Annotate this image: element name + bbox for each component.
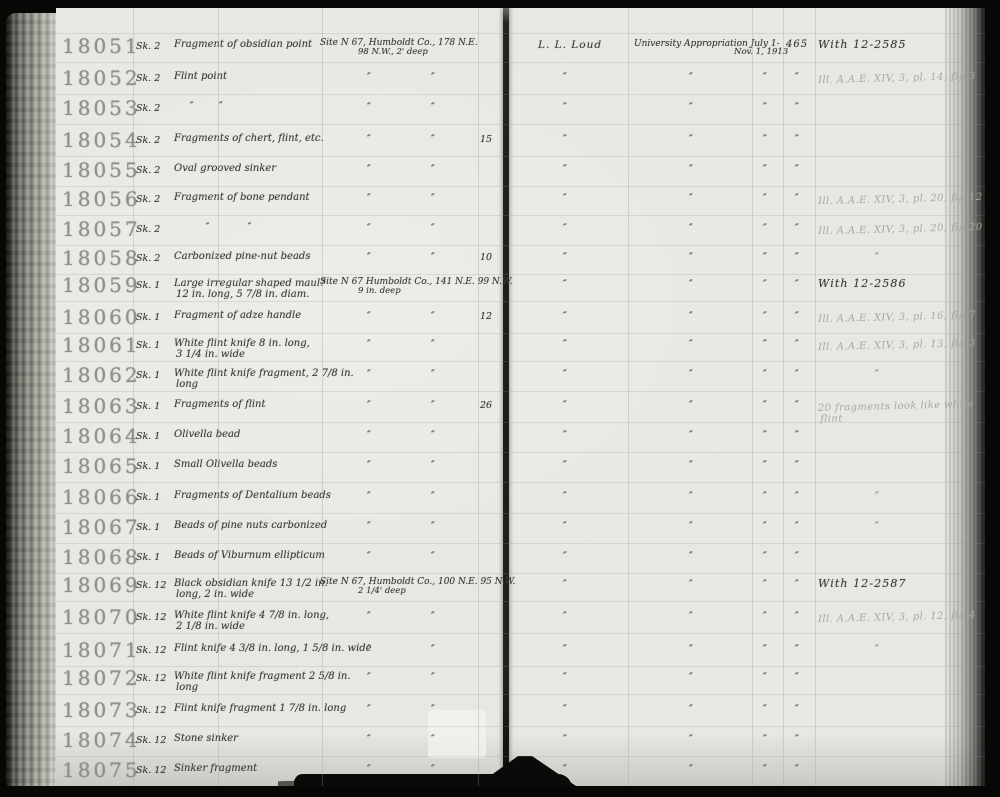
row-rule-line — [56, 694, 985, 695]
fund-source: University Appropriation July 1-Nov. 1, … — [634, 39, 788, 57]
catalog-number: 18055 — [62, 158, 141, 182]
skeleton-label: Sk. 12 — [136, 705, 166, 716]
ditto-mark: ″ — [763, 223, 767, 234]
catalog-number: 18069 — [62, 573, 141, 597]
skeleton-label: Sk. 1 — [136, 461, 160, 472]
ditto-mark: ″ — [795, 460, 799, 471]
row-rule-line — [56, 543, 985, 544]
ditto-mark: ″ — [795, 252, 799, 263]
ditto-mark: ″ — [795, 339, 799, 350]
catalog-number: 18057 — [62, 217, 141, 241]
remark: With 12-2585 — [818, 38, 907, 51]
ditto-mark: ″ — [563, 369, 567, 380]
ditto-mark: ″ — [795, 764, 799, 775]
ditto-mark: ″ — [689, 102, 693, 113]
catalog-number: 18059 — [62, 273, 141, 297]
ditto-mark: ″ — [689, 164, 693, 175]
ditto-mark: ″ — [563, 491, 567, 502]
ditto-mark: ″ — [431, 611, 435, 622]
ditto-mark: ″ — [795, 611, 799, 622]
ditto-mark: ″ — [563, 430, 567, 441]
skeleton-label: Sk. 2 — [136, 253, 160, 264]
ditto-mark: ″ — [689, 521, 693, 532]
ditto-mark: ″ — [795, 672, 799, 683]
ditto-mark: ″ — [563, 579, 567, 590]
catalog-number: 18073 — [62, 698, 141, 722]
ditto-mark: ″ — [763, 644, 767, 655]
specimen-count: 15 — [480, 134, 492, 145]
object-description: Fragment of bone pendant — [174, 192, 310, 203]
ditto-mark: ″ — [563, 400, 567, 411]
catalog-number: 18062 — [62, 363, 141, 387]
catalog-number: 18063 — [62, 394, 141, 418]
row-rule-line — [56, 62, 985, 63]
catalog-number: 18052 — [62, 66, 141, 90]
ditto-mark: ″ — [875, 521, 879, 532]
ditto-mark: ″ — [563, 311, 567, 322]
skeleton-label: Sk. 1 — [136, 312, 160, 323]
row-rule-line — [56, 633, 985, 634]
remark: Ill. A.A.E. XIV, 3, pl. 16, fig 7 — [818, 310, 976, 325]
ditto-mark: ″ — [563, 611, 567, 622]
remark: With 12-2586 — [818, 277, 907, 290]
remark: With 12-2587 — [818, 577, 907, 590]
ditto-mark: ″ — [763, 521, 767, 532]
skeleton-label: Sk. 2 — [136, 224, 160, 235]
scanned-ledger-photo: { "document": { "kind": "museum accessio… — [0, 0, 1000, 797]
row-rule-line — [56, 513, 985, 514]
ditto-mark: ″ — [763, 764, 767, 775]
catalog-number: 18060 — [62, 305, 141, 329]
ditto-mark: ″ — [763, 491, 767, 502]
ditto-mark: ″ — [367, 400, 371, 411]
ditto-mark: ″ — [795, 164, 799, 175]
row-rule-line — [56, 361, 985, 362]
ditto-mark: ″ — [563, 72, 567, 83]
ditto-mark: ″ — [795, 704, 799, 715]
ditto-mark: ″ — [763, 704, 767, 715]
row-rule-line — [56, 666, 985, 667]
book-fore-edge — [6, 13, 56, 786]
ditto-mark: ″ — [431, 521, 435, 532]
row-rule-line — [56, 274, 985, 275]
ditto-mark: ″ — [563, 521, 567, 532]
skeleton-label: Sk. 1 — [136, 340, 160, 351]
ditto-mark: ″ — [563, 551, 567, 562]
ditto-mark: ″ — [763, 72, 767, 83]
ditto-mark: ″ — [367, 252, 371, 263]
ditto-mark: ″ — [689, 134, 693, 145]
ditto-mark: ″ — [689, 611, 693, 622]
catalog-number: 18070 — [62, 605, 141, 629]
skeleton-label: Sk. 12 — [136, 645, 166, 656]
object-description: Beads of Viburnum ellipticum — [174, 550, 325, 561]
row-rule-line — [56, 333, 985, 334]
ditto-mark: ″ — [431, 193, 435, 204]
ditto-mark: ″ — [689, 704, 693, 715]
site-locality: Site N 67 Humboldt Co., 141 N.E. 99 N.W.… — [320, 277, 513, 296]
ditto-mark: ″ — [689, 551, 693, 562]
ditto-mark: ″ — [367, 672, 371, 683]
ditto-mark: ″ — [431, 551, 435, 562]
object-description: Oval grooved sinker — [174, 163, 276, 174]
site-locality: Site N 67, Humboldt Co., 178 N.E.98 N.W.… — [320, 38, 478, 57]
ditto-mark: ″ — [431, 102, 435, 113]
ditto-mark: ″ — [689, 193, 693, 204]
catalog-number: 18068 — [62, 545, 141, 569]
skeleton-label: Sk. 2 — [136, 41, 160, 52]
row-rule-line — [56, 601, 985, 602]
ditto-mark: ″ — [795, 579, 799, 590]
catalog-number: 18075 — [62, 758, 141, 782]
skeleton-label: Sk. 1 — [136, 401, 160, 412]
ditto-mark: ″ — [431, 400, 435, 411]
ditto-mark: ″ — [763, 400, 767, 411]
object-description: Stone sinker — [174, 733, 238, 744]
object-description: Beads of pine nuts carbonized — [174, 520, 327, 531]
object-description: Flint point — [174, 71, 227, 82]
ditto-mark: ″ — [795, 193, 799, 204]
catalog-number: 18064 — [62, 424, 141, 448]
ditto-mark: ″ — [795, 311, 799, 322]
row-rule-line — [56, 186, 985, 187]
ditto-mark: ″ — [795, 551, 799, 562]
ditto-mark: ″ — [367, 764, 371, 775]
skeleton-label: Sk. 1 — [136, 280, 160, 291]
ditto-mark: ″ — [367, 164, 371, 175]
ditto-mark: ″ — [763, 339, 767, 350]
ditto-mark: ″ — [367, 460, 371, 471]
ditto-mark: ″ — [367, 311, 371, 322]
ditto-mark: ″ — [431, 460, 435, 471]
specimen-count: 12 — [480, 311, 492, 322]
row-rule-line — [56, 245, 985, 246]
ditto-mark: ″ — [795, 644, 799, 655]
ditto-mark: ″ — [763, 164, 767, 175]
ditto-mark: ″ — [763, 460, 767, 471]
catalog-number: 18074 — [62, 728, 141, 752]
ditto-mark: ″ — [367, 551, 371, 562]
catalog-number: 18071 — [62, 638, 141, 662]
skeleton-label: Sk. 2 — [136, 165, 160, 176]
ditto-mark: ″ — [875, 491, 879, 502]
ditto-mark: ″ — [431, 252, 435, 263]
skeleton-label: Sk. 12 — [136, 673, 166, 684]
object-description: Fragments of flint — [174, 399, 265, 410]
object-description: Fragments of chert, flint, etc. — [174, 133, 324, 144]
ditto-mark: ″ — [563, 734, 567, 745]
row-rule-line — [56, 726, 985, 727]
ditto-mark: ″ — [563, 252, 567, 263]
skeleton-label: Sk. 1 — [136, 431, 160, 442]
ditto-mark: ″ — [689, 491, 693, 502]
ditto-mark: ″ — [431, 134, 435, 145]
ditto-mark: ″ — [763, 134, 767, 145]
ditto-mark: ″ — [763, 311, 767, 322]
ditto-mark: ″ — [367, 72, 371, 83]
row-rule-line — [56, 94, 985, 95]
ditto-mark: ″ — [431, 72, 435, 83]
row-rule-line — [56, 124, 985, 125]
remark: Ill. A.A.E. XIV, 3, pl. 13, fig 3 — [818, 338, 976, 353]
catalog-number: 18051 — [62, 34, 141, 58]
ditto-mark: ″ — [563, 102, 567, 113]
row-rule-line — [56, 573, 985, 574]
catalog-number: 18067 — [62, 515, 141, 539]
ditto-mark: ″ — [431, 644, 435, 655]
ditto-mark: ″ — [689, 72, 693, 83]
ditto-mark: ″ — [367, 134, 371, 145]
catalog-number: 18065 — [62, 454, 141, 478]
object-description: Fragment of adze handle — [174, 310, 301, 321]
ditto-mark: ″ — [795, 223, 799, 234]
catalog-number: 18054 — [62, 128, 141, 152]
row-rule-line — [56, 756, 985, 757]
skeleton-label: Sk. 1 — [136, 552, 160, 563]
account-number: 465 — [786, 39, 808, 50]
ditto-mark: ″ — [563, 134, 567, 145]
ledger-page: 18051 Sk. 2 Fragment of obsidian point S… — [56, 8, 985, 786]
ditto-mark: ″ — [563, 223, 567, 234]
ditto-mark: ″ — [431, 430, 435, 441]
ditto-mark: ″ — [875, 252, 879, 263]
object-description: White flint knife 4 7/8 in. long,2 1/8 i… — [174, 610, 329, 632]
collector-name: L. L. Loud — [538, 39, 602, 51]
ditto-mark: ″ — [563, 164, 567, 175]
ditto-mark: ″ — [763, 672, 767, 683]
ditto-mark: ″ — [689, 734, 693, 745]
ditto-mark: ″ — [689, 672, 693, 683]
ledger-row: 18075 Sk. 12 Sinker fragment ″ ″ ″ ″ ″ ″ — [56, 760, 985, 786]
object-description: White flint knife fragment 2 5/8 in.long — [174, 671, 351, 693]
ditto-mark: ″ — [563, 764, 567, 775]
ditto-mark: ″ — [689, 579, 693, 590]
ditto-mark: ″ — [763, 430, 767, 441]
row-rule-line — [56, 156, 985, 157]
skeleton-label: Sk. 1 — [136, 522, 160, 533]
ditto-mark: ″ — [763, 279, 767, 290]
ditto-mark: ″ — [795, 134, 799, 145]
ditto-mark: ″ — [795, 521, 799, 532]
ditto-mark: ″ — [795, 102, 799, 113]
ditto-mark: ″ — [367, 644, 371, 655]
object-description: White flint knife fragment, 2 7/8 in.lon… — [174, 368, 354, 390]
ditto-mark: ″ — [689, 339, 693, 350]
object-description: Flint knife 4 3/8 in. long, 1 5/8 in. wi… — [174, 643, 372, 654]
ditto-mark: ″ — [431, 223, 435, 234]
object-description: ″ ″ — [174, 222, 251, 233]
specimen-count: 10 — [480, 252, 492, 263]
ditto-mark: ″ — [689, 400, 693, 411]
skeleton-label: Sk. 2 — [136, 135, 160, 146]
ditto-mark: ″ — [689, 369, 693, 380]
ditto-mark: ″ — [763, 551, 767, 562]
object-description: Fragments of Dentalium beads — [174, 490, 331, 501]
ditto-mark: ″ — [367, 521, 371, 532]
catalog-number: 18066 — [62, 485, 141, 509]
skeleton-label: Sk. 2 — [136, 73, 160, 84]
row-rule-line — [56, 33, 985, 34]
site-locality: Site N 67, Humboldt Co., 100 N.E. 95 N.W… — [320, 577, 515, 596]
object-description: Fragment of obsidian point — [174, 39, 312, 50]
row-rule-line — [56, 422, 985, 423]
ditto-mark: ″ — [689, 644, 693, 655]
ditto-mark: ″ — [795, 369, 799, 380]
object-description: Black obsidian knife 13 1/2 in.long, 2 i… — [174, 578, 328, 600]
ditto-mark: ″ — [563, 279, 567, 290]
ditto-mark: ″ — [689, 223, 693, 234]
skeleton-label: Sk. 12 — [136, 765, 166, 776]
ditto-mark: ″ — [875, 369, 879, 380]
ditto-mark: ″ — [763, 252, 767, 263]
specimen-count: 26 — [480, 400, 492, 411]
ditto-mark: ″ — [563, 193, 567, 204]
ditto-mark: ″ — [763, 369, 767, 380]
ditto-mark: ″ — [689, 764, 693, 775]
ditto-mark: ″ — [431, 339, 435, 350]
ditto-mark: ″ — [795, 279, 799, 290]
ditto-mark: ″ — [689, 430, 693, 441]
object-description: White flint knife 8 in. long,3 1/4 in. w… — [174, 338, 310, 360]
ditto-mark: ″ — [763, 579, 767, 590]
ditto-mark: ″ — [367, 734, 371, 745]
row-rule-line — [56, 301, 985, 302]
skeleton-label: Sk. 1 — [136, 370, 160, 381]
object-description: ″ ″ — [174, 101, 223, 112]
object-description: Carbonized pine-nut beads — [174, 251, 310, 262]
ditto-mark: ″ — [763, 734, 767, 745]
ditto-mark: ″ — [689, 252, 693, 263]
skeleton-label: Sk. 1 — [136, 492, 160, 503]
ditto-mark: ″ — [689, 279, 693, 290]
ditto-mark: ″ — [795, 491, 799, 502]
ditto-mark: ″ — [431, 734, 435, 745]
ditto-mark: ″ — [367, 339, 371, 350]
ditto-mark: ″ — [563, 460, 567, 471]
ditto-mark: ″ — [367, 704, 371, 715]
ditto-mark: ″ — [795, 72, 799, 83]
ditto-mark: ″ — [795, 734, 799, 745]
ditto-mark: ″ — [563, 672, 567, 683]
remark: Ill. A.A.E. XIV, 3, pl. 20, fig 20 — [818, 222, 983, 237]
ditto-mark: ″ — [763, 611, 767, 622]
object-description: Large irregular shaped maul?12 in. long,… — [174, 278, 325, 300]
ditto-mark: ″ — [431, 491, 435, 502]
row-rule-line — [56, 482, 985, 483]
catalog-number: 18072 — [62, 666, 141, 690]
catalog-number: 18053 — [62, 96, 141, 120]
ditto-mark: ″ — [431, 311, 435, 322]
ditto-mark: ″ — [367, 102, 371, 113]
ditto-mark: ″ — [367, 193, 371, 204]
skeleton-label: Sk. 12 — [136, 612, 166, 623]
remark: Ill. A.A.E. XIV, 3, pl. 20, fig 12 — [818, 192, 983, 207]
ditto-mark: ″ — [431, 764, 435, 775]
object-description: Olivella bead — [174, 429, 240, 440]
ditto-mark: ″ — [563, 704, 567, 715]
skeleton-label: Sk. 2 — [136, 103, 160, 114]
ditto-mark: ″ — [367, 491, 371, 502]
ditto-mark: ″ — [431, 369, 435, 380]
ditto-mark: ″ — [431, 704, 435, 715]
object-description: Small Olivella beads — [174, 459, 277, 470]
remark: Ill. A.A.E. XIV, 3, pl. 12, fig 4 — [818, 610, 976, 625]
ditto-mark: ″ — [689, 460, 693, 471]
skeleton-label: Sk. 2 — [136, 194, 160, 205]
catalog-number: 18061 — [62, 333, 141, 357]
catalog-number: 18058 — [62, 246, 141, 270]
ditto-mark: ″ — [367, 430, 371, 441]
row-rule-line — [56, 391, 985, 392]
ditto-mark: ″ — [563, 644, 567, 655]
object-description: Sinker fragment — [174, 763, 257, 774]
row-rule-line — [56, 215, 985, 216]
ditto-mark: ″ — [689, 311, 693, 322]
skeleton-label: Sk. 12 — [136, 580, 166, 591]
ditto-mark: ″ — [431, 164, 435, 175]
ditto-mark: ″ — [431, 672, 435, 683]
ditto-mark: ″ — [763, 102, 767, 113]
ditto-mark: ″ — [875, 644, 879, 655]
object-description: Flint knife fragment 1 7/8 in. long — [174, 703, 346, 714]
catalog-number: 18056 — [62, 187, 141, 211]
ditto-mark: ″ — [563, 339, 567, 350]
ditto-mark: ″ — [795, 400, 799, 411]
row-rule-line — [56, 452, 985, 453]
ditto-mark: ″ — [367, 369, 371, 380]
ditto-mark: ″ — [367, 611, 371, 622]
ditto-mark: ″ — [367, 223, 371, 234]
ditto-mark: ″ — [795, 430, 799, 441]
remark: Ill. A.A.E. XIV, 3, pl. 14, fig 3 — [818, 71, 976, 86]
ditto-mark: ″ — [763, 193, 767, 204]
skeleton-label: Sk. 12 — [136, 735, 166, 746]
